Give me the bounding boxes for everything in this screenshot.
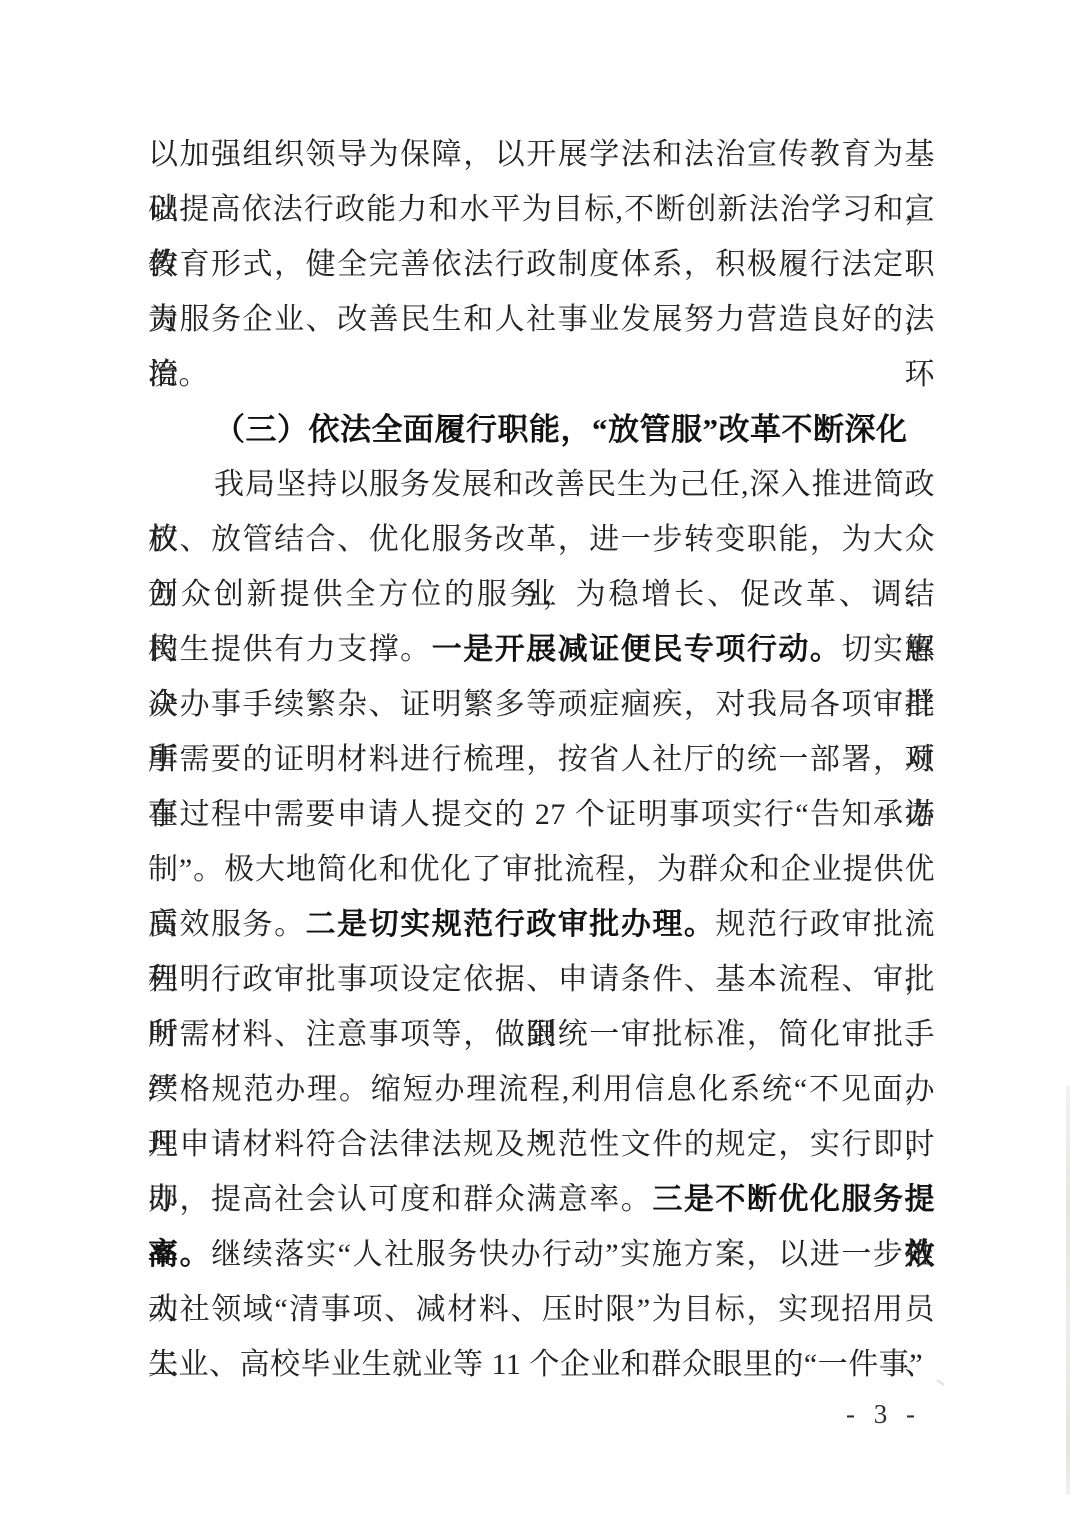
text-segment: 民生提供有力支撑。 (148, 633, 432, 666)
text-line: 列明行政审批事项设定依据、申请条件、基本流程、审批时限、 (148, 952, 935, 1007)
scan-edge-artifact (1066, 1085, 1070, 1495)
text-line: 以加强组织领导为保障，以开展学法和法治宣传教育为基础， (148, 127, 935, 182)
text-line: 人社领域“清事项、减材料、压时限”为目标，实现招用员工、 (148, 1282, 935, 1337)
text-line: 事过程中需要申请人提交的 27 个证明事项实行“告知承诺 (148, 787, 935, 842)
bold-text-segment: 一是开展减证便民专项行动。 (432, 633, 842, 666)
text-line: 以提高依法行政能力和水平为目标,不断创新法治学习和宣传 (148, 182, 935, 237)
text-line: 民生提供有力支撑。一是开展减证便民专项行动。切实解决群 (148, 622, 935, 677)
text-line: 教育形式，健全完善依法行政制度体系，积极履行法定职责， (148, 237, 935, 292)
text-line: 制”。极大地简化和优化了审批流程，为群众和企业提供优质 (148, 842, 935, 897)
text-line: 凡申请材料符合法律法规及规范性文件的规定，实行即时即 (148, 1117, 935, 1172)
text-segment: 为服务企业、改善民生和人社事业发展努力营造良好的法治环 (148, 303, 935, 391)
text-segment: 办，提高社会认可度和群众满意率。 (148, 1183, 652, 1216)
text-segment: 失业、高校毕业生就业等 11 个企业和群众眼里的“一件事” (148, 1348, 923, 1381)
text-segment: 事过程中需要申请人提交的 27 个证明事项实行“告知承诺 (148, 798, 935, 831)
page-number: - 3 - (846, 1399, 966, 1430)
text-line: 失业、高校毕业生就业等 11 个企业和群众眼里的“一件事” (148, 1337, 935, 1392)
document-page: 以加强组织领导为保障，以开展学法和法治宣传教育为基础，以提高依法行政能力和水平为… (0, 0, 1080, 1526)
bold-text-segment: （三）依法全面履行职能，“放管服”改革不断深化 (214, 412, 908, 447)
document-lines: 以加强组织领导为保障，以开展学法和法治宣传教育为基础，以提高依法行政能力和水平为… (148, 127, 935, 1392)
text-line: 所需材料、注意事项等，做到统一审批标准，简化审批手续， (148, 1007, 935, 1062)
scan-speck-artifact (936, 1379, 945, 1386)
text-segment: 高效服务。 (148, 908, 306, 941)
text-line: 权、放管结合、优化服务改革，进一步转变职能，为大众创业、 (148, 512, 935, 567)
bold-text-segment: 率。 (148, 1238, 211, 1271)
text-line: 万众创新提供全方位的服务，为稳增长、促改革、调结构、惠 (148, 567, 935, 622)
text-line: 高效服务。二是切实规范行政审批办理。规范行政审批流程， (148, 897, 935, 952)
bold-text-segment: 二是切实规范行政审批办理。 (306, 908, 716, 941)
text-line: 严格规范办理。缩短办理流程,利用信息化系统“不见面办理”， (148, 1062, 935, 1117)
text-line: 我局坚持以服务发展和改善民生为己任,深入推进简政放 (148, 457, 935, 512)
text-segment: 境。 (148, 358, 209, 391)
text-line: 率。继续落实“人社服务快办行动”实施方案，以进一步推动 (148, 1227, 935, 1282)
text-line: 办，提高社会认可度和群众满意率。三是不断优化服务提高效 (148, 1172, 935, 1227)
text-line: 所需要的证明材料进行梳理，按省人社厅的统一部署，对在办 (148, 732, 935, 787)
section-heading: （三）依法全面履行职能，“放管服”改革不断深化 (148, 402, 935, 457)
text-line: 众办事手续繁杂、证明繁多等顽症痼疾，对我局各项审批事项 (148, 677, 935, 732)
text-line: 为服务企业、改善民生和人社事业发展努力营造良好的法治环 (148, 292, 935, 347)
